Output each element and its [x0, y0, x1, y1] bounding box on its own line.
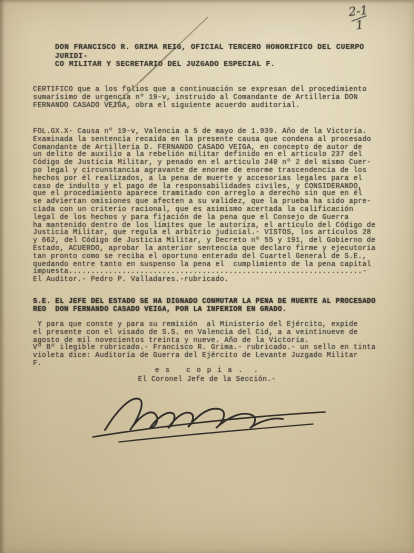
paragraph-certifico: CERTIFICO que a los folios que a continu… [33, 87, 389, 110]
pencil-page-mark: 2-1 1 [341, 4, 377, 32]
es-copia-label: e s c o p i a . . [0, 368, 414, 376]
signature-handwritten [85, 384, 335, 446]
document-photo: 2-1 1 DON FRANCISCO R. GRIMA REIG, OFICI… [0, 0, 414, 553]
document-heading-officer: DON FRANCISCO R. GRIMA REIG, OFICIAL TER… [55, 44, 400, 70]
paragraph-cierre-expedicion: Y para que conste y para su remisión al … [33, 322, 391, 369]
paragraph-acuerdo-auditorial: FOL.GX.X- Causa nº 19-v, Valencia a 5 de… [33, 129, 391, 285]
paragraph-conmutacion-pena: S.E. EL JEFE DEL ESTADO SE HA DIGNADO CO… [33, 299, 391, 315]
